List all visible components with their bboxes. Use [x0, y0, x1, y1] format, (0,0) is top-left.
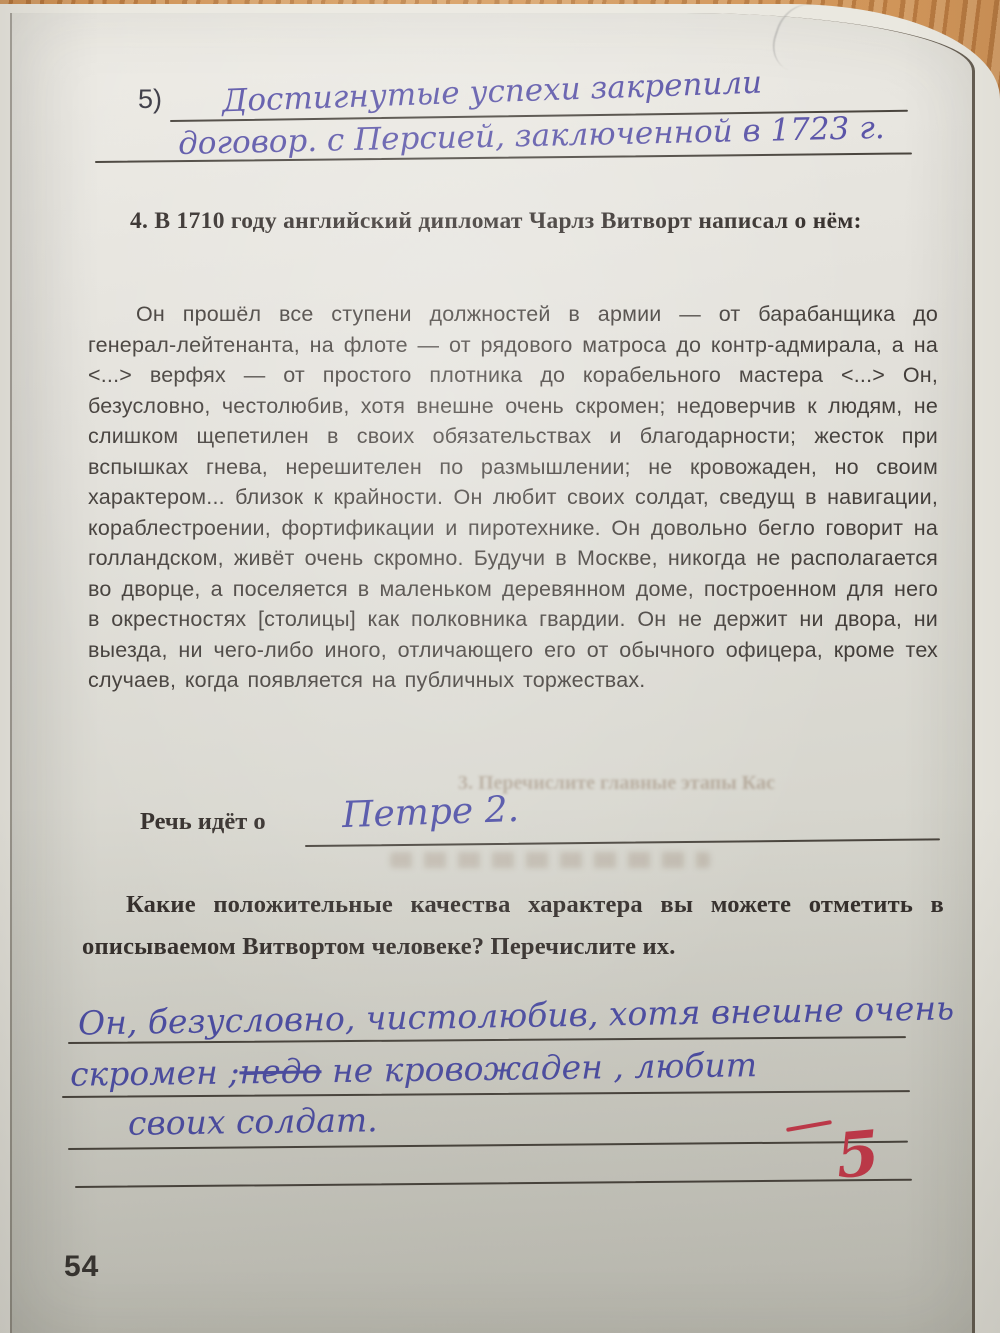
workbook-photo: 5) Достигнутые успехи закрепили договор.… — [0, 0, 1000, 1333]
prompt-label: Речь идёт о — [140, 808, 266, 836]
grade-mark: 5 — [833, 1116, 882, 1192]
task4-heading: 4. В 1710 году английский дипломат Чарлз… — [88, 198, 936, 244]
ghost-show-through-smudge — [390, 852, 710, 868]
answer-line2-text: скромен ; — [70, 1052, 240, 1093]
task4-quote: Он прошёл все ступени должностей в армии… — [88, 299, 938, 696]
exercise5-label: 5) — [138, 84, 162, 115]
answer-line2-struck-word: недо — [239, 1051, 322, 1091]
page-number: 54 — [64, 1250, 99, 1284]
prompt-handwritten-answer: Петре 2. — [341, 789, 519, 836]
task4-question: Какие положительные качества характера в… — [82, 884, 944, 968]
answer-line3: своих солдат. — [128, 1100, 378, 1142]
answer-line2-text: не кровожаден , любит — [321, 1045, 757, 1090]
